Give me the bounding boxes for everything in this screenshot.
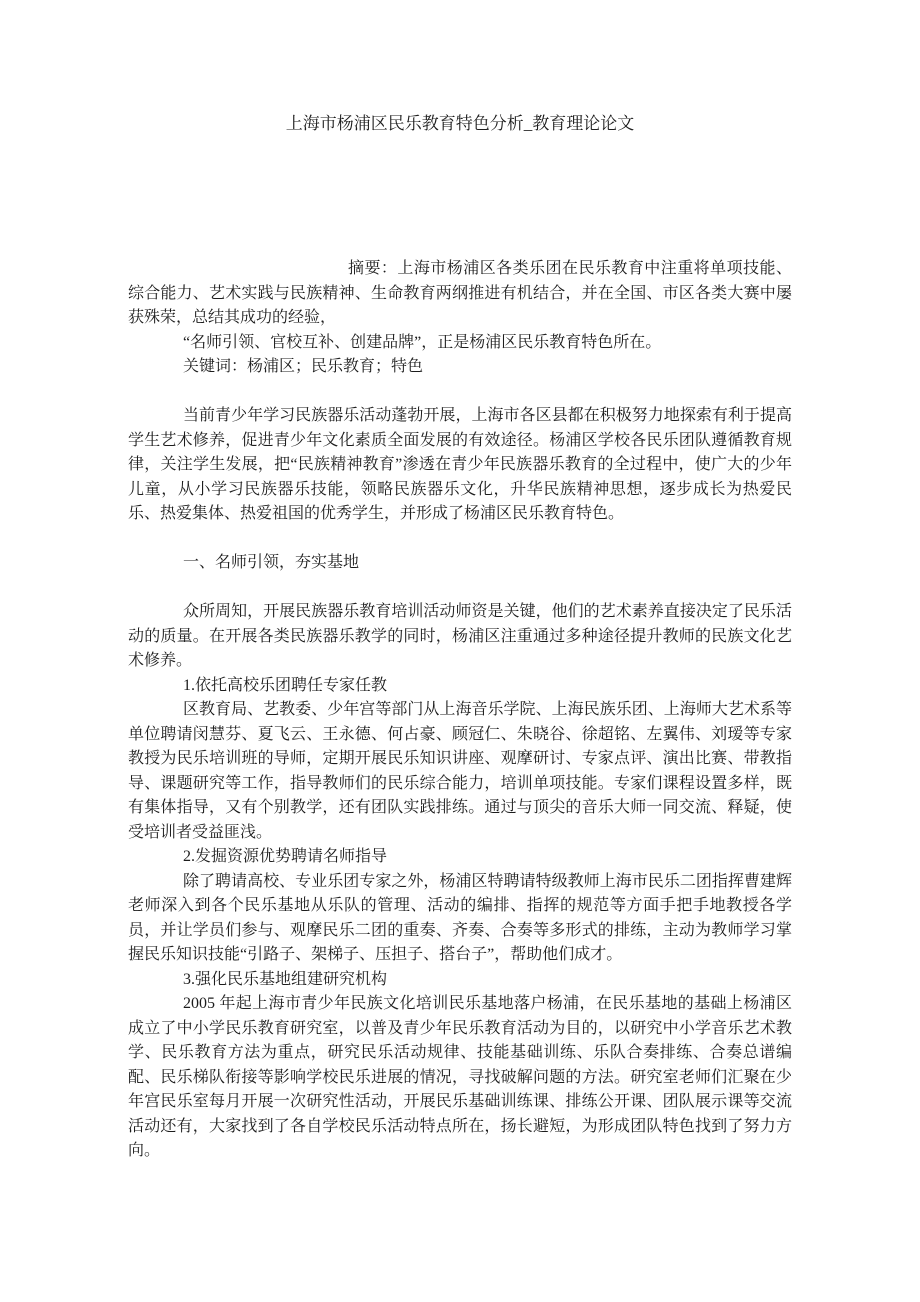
- abstract-paragraph: 摘要：上海市杨浦区各类乐团在民乐教育中注重将单项技能、综合能力、艺术实践与民族精…: [128, 257, 792, 331]
- sub-heading-1: 1.依托高校乐团聘任专家任教: [128, 674, 792, 699]
- sub-heading-3: 3.强化民乐基地组建研究机构: [128, 968, 792, 993]
- intro-paragraph: 当前青少年学习民族器乐活动蓬勃开展，上海市各区县都在积极努力地探索有利于提高学生…: [128, 404, 792, 527]
- section1-intro-paragraph: 众所周知，开展民族器乐教育培训活动师资是关键，他们的艺术素养直接决定了民乐活动的…: [128, 600, 792, 674]
- sub-section-1-paragraph: 区教育局、艺教委、少年宫等部门从上海音乐学院、上海民族乐团、上海师大艺术系等单位…: [128, 698, 792, 845]
- sub-heading-2: 2.发掘资源优势聘请名师指导: [128, 845, 792, 870]
- blank-line: [128, 527, 792, 552]
- keywords-line: 关键词：杨浦区；民乐教育；特色: [128, 355, 792, 380]
- sub-section-3-paragraph: 2005 年起上海市青少年民族文化培训民乐基地落户杨浦，在民乐基地的基础上杨浦区…: [128, 992, 792, 1164]
- blank-line: [128, 576, 792, 601]
- document-body: 摘要：上海市杨浦区各类乐团在民乐教育中注重将单项技能、综合能力、艺术实践与民族精…: [128, 257, 792, 1164]
- sub-section-2-paragraph: 除了聘请高校、专业乐团专家之外，杨浦区特聘请特级教师上海市民乐二团指挥曹建辉老师…: [128, 870, 792, 968]
- blank-line: [128, 380, 792, 405]
- document-title: 上海市杨浦区民乐教育特色分析_教育理论论文: [0, 0, 920, 137]
- section-heading-1: 一、名师引领，夯实基地: [128, 551, 792, 576]
- abstract-conclusion-line: “名师引领、官校互补、创建品牌”，正是杨浦区民乐教育特色所在。: [128, 331, 792, 356]
- document-page: 上海市杨浦区民乐教育特色分析_教育理论论文 摘要：上海市杨浦区各类乐团在民乐教育…: [0, 0, 920, 1302]
